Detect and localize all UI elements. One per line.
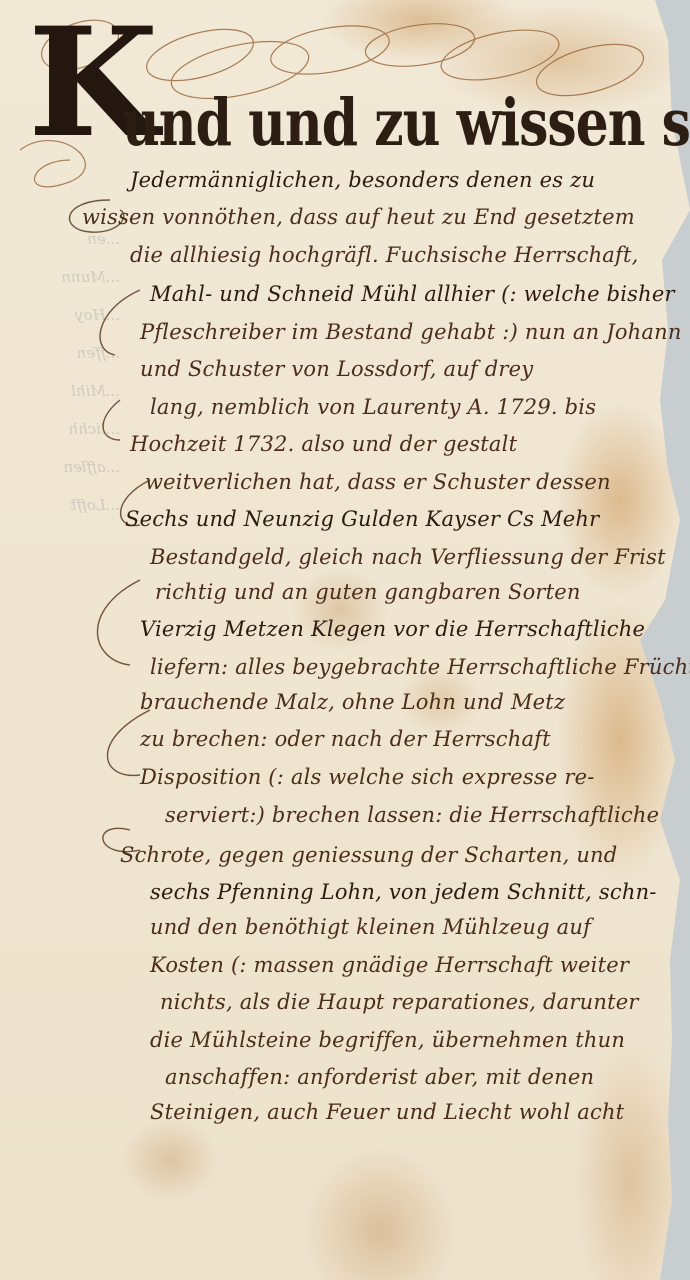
manuscript-line: Schrote, gegen geniessung der Scharten, … xyxy=(120,843,617,867)
manuscript-line: Jedermänniglichen, besonders denen es zu xyxy=(130,168,595,192)
manuscript-line: weitverlichen hat, dass er Schuster dess… xyxy=(145,470,611,494)
manuscript-line: die allhiesig hochgräfl. Fuchsische Herr… xyxy=(130,243,639,267)
manuscript-line: richtig und an guten gangbaren Sorten xyxy=(155,580,581,604)
manuscript-line: und den benöthigt kleinen Mühlzeug auf xyxy=(150,915,591,939)
manuscript-line: Mahl- und Schneid Mühl allhier (: welche… xyxy=(150,282,675,306)
manuscript-line: brauchende Malz, ohne Lohn und Metz xyxy=(140,690,565,714)
manuscript-line: sechs Pfenning Lohn, von jedem Schnitt, … xyxy=(150,880,657,904)
manuscript-line: Bestandgeld, gleich nach Verfliessung de… xyxy=(150,545,666,569)
manuscript-body: Jedermänniglichen, besonders denen es zu… xyxy=(0,0,690,1280)
manuscript-line: Hochzeit 1732. also und der gestalt xyxy=(130,432,517,456)
manuscript-line: anschaffen: anforderist aber, mit denen xyxy=(165,1065,594,1089)
manuscript-line: serviert:) brechen lassen: die Herrschaf… xyxy=(165,803,659,827)
manuscript-line: lang, nemblich von Laurenty A. 1729. bis xyxy=(150,395,596,419)
manuscript-line: Steinigen, auch Feuer und Liecht wohl ac… xyxy=(150,1100,624,1124)
manuscript-line: zu brechen: oder nach der Herrschaft xyxy=(140,727,551,751)
manuscript-line: nichts, als die Haupt reparationes, daru… xyxy=(160,990,639,1014)
manuscript-line: und Schuster von Lossdorf, auf drey xyxy=(140,357,533,381)
manuscript-line: liefern: alles beygebrachte Herrschaftli… xyxy=(150,655,690,679)
manuscript-line: die Mühlsteine begriffen, übernehmen thu… xyxy=(150,1028,625,1052)
manuscript-line: Vierzig Metzen Klegen vor die Herrschaft… xyxy=(140,617,645,641)
manuscript-line: Sechs und Neunzig Gulden Kayser Cs Mehr xyxy=(125,507,599,531)
manuscript-line: wissen vonnöthen, dass auf heut zu End g… xyxy=(82,205,635,229)
manuscript-line: Disposition (: als welche sich expresse … xyxy=(140,765,595,789)
manuscript-line: Pfleschreiber im Bestand gehabt :) nun a… xyxy=(140,320,682,344)
manuscript-line: Kosten (: massen gnädige Herrschaft weit… xyxy=(150,953,629,977)
